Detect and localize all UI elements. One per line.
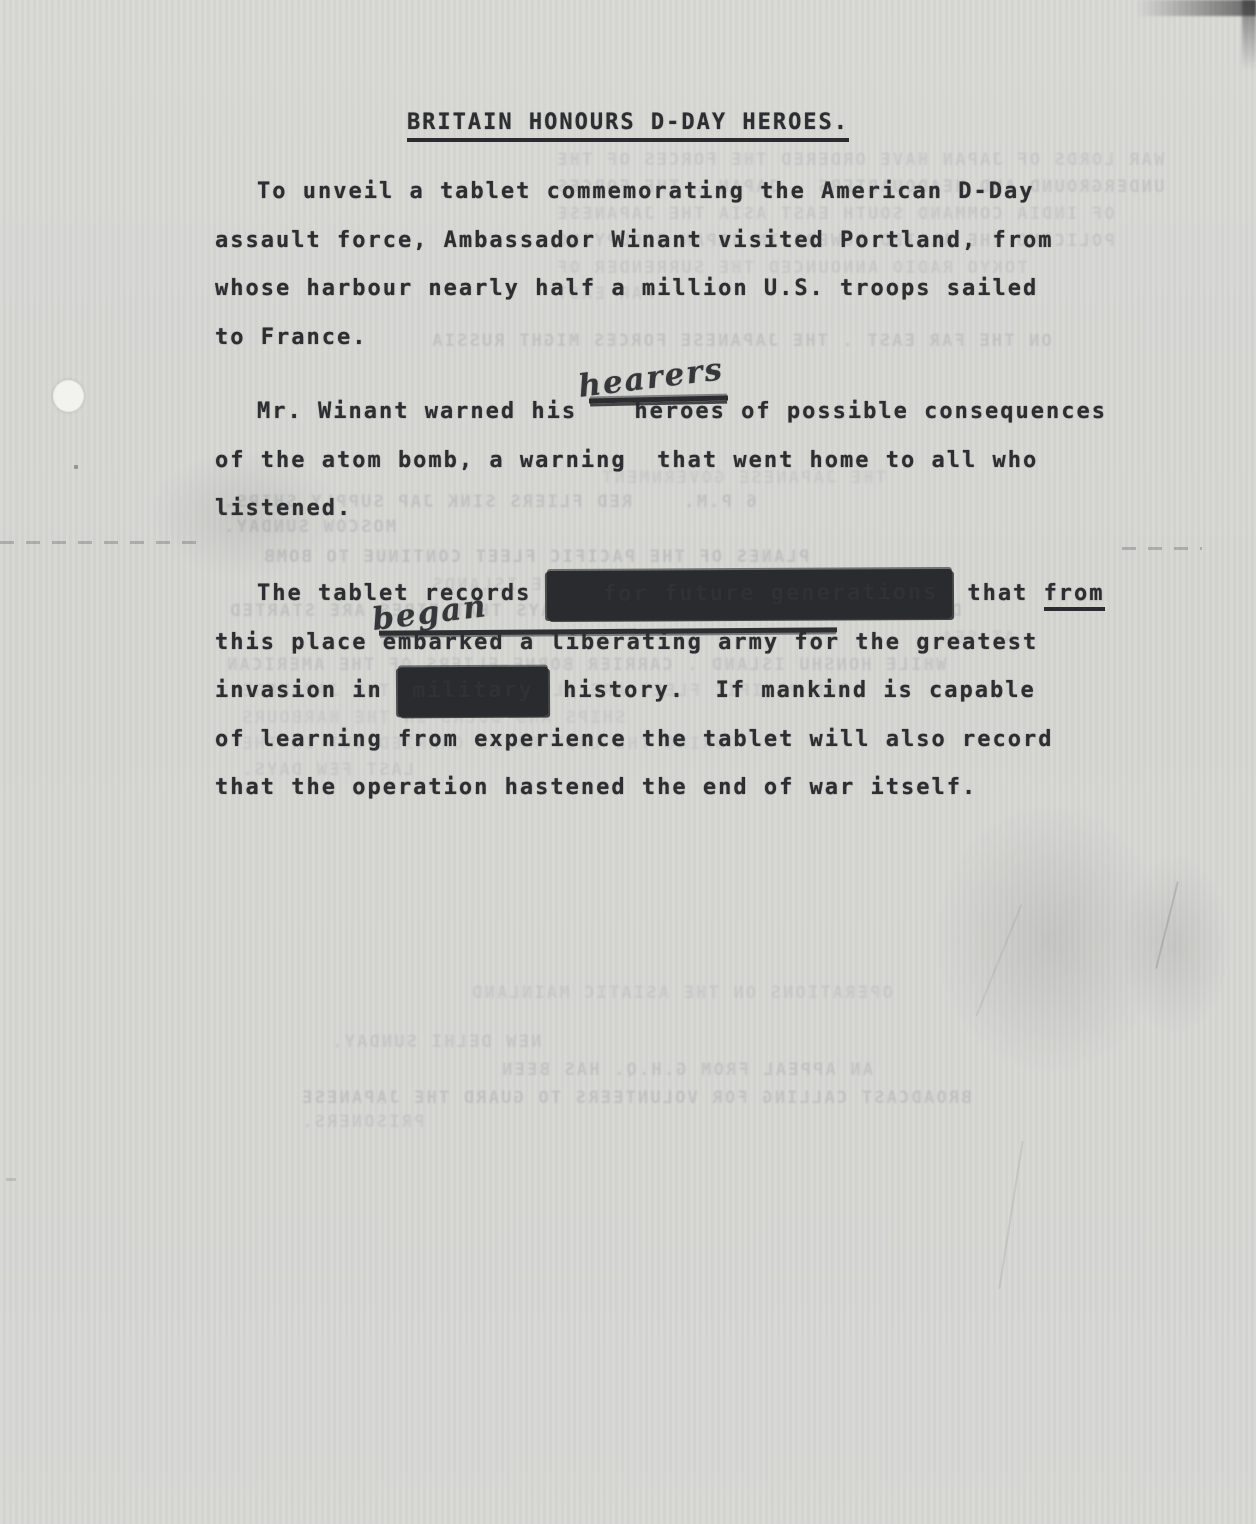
paragraph-3: The tablet records for future generation…	[215, 570, 1145, 813]
bleedthrough-line: OPERATIONS ON THE ASIATIC MAINLAND	[470, 983, 893, 1003]
pencil-stroke	[1155, 881, 1179, 969]
typed-line: to France.	[215, 314, 1115, 363]
bleedthrough-line: PRISONERS.	[300, 1112, 424, 1132]
typed-text: that	[952, 581, 1043, 606]
typed-line: Mr. Winant warned his heroes of possible…	[215, 388, 1135, 437]
typed-line: of learning from experience the tablet w…	[215, 716, 1145, 765]
typed-line: that the operation hastened the end of w…	[215, 764, 1145, 813]
blacked-out-phrase: for future generations	[547, 569, 953, 620]
typed-text: history. If mankind is capable	[548, 678, 1036, 703]
typed-line: assault force, Ambassador Winant visited…	[215, 217, 1115, 266]
edge-smudge	[1242, 0, 1256, 70]
document-heading-row: BRITAIN HONOURS D-DAY HEROES.	[0, 99, 1256, 148]
paragraph-2: Mr. Winant warned his heroes of possible…	[215, 388, 1135, 534]
bleedthrough-line: PLANES OF THE PACIFIC FLEET CONTINUE TO …	[262, 547, 809, 567]
speck	[74, 465, 78, 469]
edge-smudge	[1136, 0, 1256, 16]
pencil-smudge	[1120, 855, 1230, 1035]
blacked-out-word: military	[398, 667, 548, 716]
typed-text: invasion in	[215, 678, 398, 703]
typed-line: of the atom bomb, a warning that went ho…	[215, 437, 1135, 486]
bleedthrough-dashes	[0, 541, 196, 544]
document-title: BRITAIN HONOURS D-DAY HEROES.	[407, 110, 849, 142]
bleedthrough-line: BROADCAST CALLING FOR VOLUNTEERS TO GUAR…	[300, 1088, 971, 1108]
pencil-stroke	[998, 1141, 1023, 1289]
typed-line: To unveil a tablet commemorating the Ame…	[215, 168, 1115, 217]
typed-line: listened.	[215, 485, 1135, 534]
hole-punch	[53, 380, 84, 412]
typed-line: The tablet records for future generation…	[215, 570, 1145, 619]
typed-text: for the greatest	[779, 630, 1038, 655]
typed-line: whose harbour nearly half a million U.S.…	[215, 265, 1115, 314]
bleedthrough-dashes	[1122, 547, 1202, 550]
typed-line: invasion in military history. If mankind…	[215, 667, 1145, 716]
bleedthrough-line: NEW DELHI SUNDAY.	[330, 1032, 541, 1052]
speck	[6, 1178, 16, 1181]
typed-line: this place embarked a liberating army fo…	[215, 619, 1145, 668]
pencil-smudge	[935, 805, 1165, 1075]
pencil-stroke	[976, 904, 1023, 1016]
bleedthrough-line: AN APPEAL FROM G.H.Q. HAS BEEN	[500, 1060, 873, 1080]
underlined-word-from: from	[1044, 581, 1105, 611]
typed-text: of possible consequences	[726, 399, 1107, 424]
scanned-page: WAR LORDS OF JAPAN HAVE ORDERED THE FORC…	[0, 0, 1256, 1524]
bleedthrough-line: WAR LORDS OF JAPAN HAVE ORDERED THE FORC…	[555, 150, 1164, 170]
typed-text: Mr. Winant warned his	[257, 399, 592, 424]
typed-text: this place	[215, 630, 383, 655]
paragraph-1: To unveil a tablet commemorating the Ame…	[215, 168, 1115, 362]
